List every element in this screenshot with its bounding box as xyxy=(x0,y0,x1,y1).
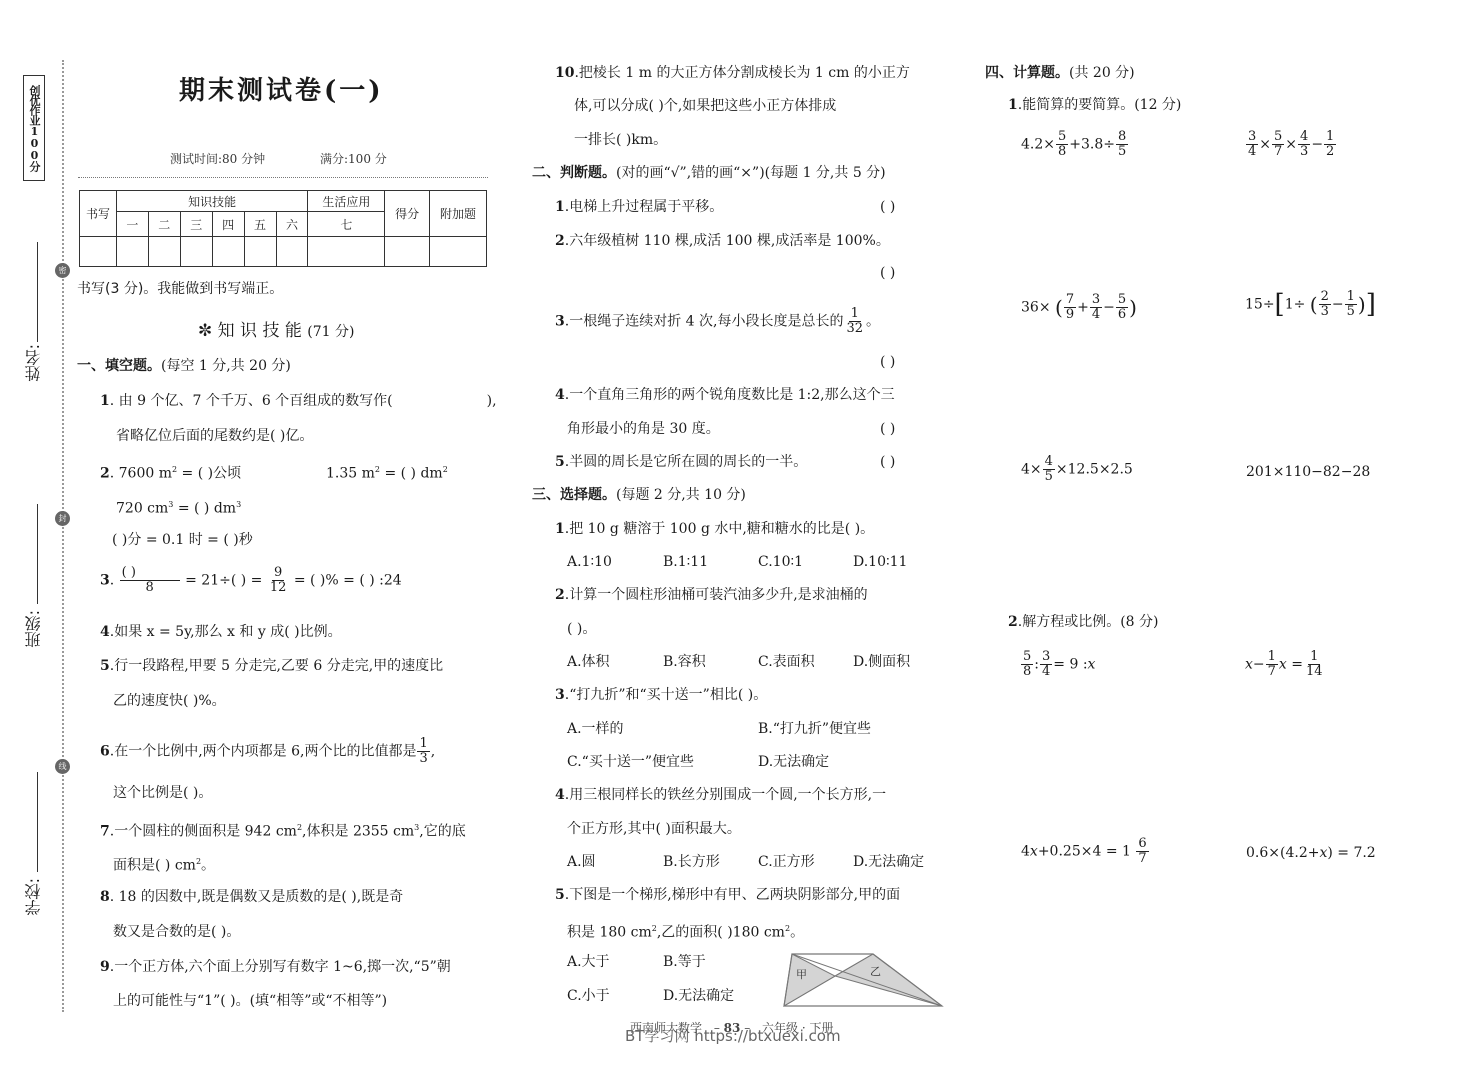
dotted-divider xyxy=(78,177,488,178)
col-section-7: 七 xyxy=(308,212,385,237)
q3-3-option-a[interactable]: A.一样的 xyxy=(567,720,624,738)
school-label: 学校: xyxy=(22,878,45,915)
q1-2c: 720 cm3 = ( ) dm3 xyxy=(116,496,241,518)
col-extra: 附加题 xyxy=(430,191,487,237)
q3-4-option-a[interactable]: A.圆 xyxy=(567,853,596,871)
part4-note: (共 20 分) xyxy=(1069,65,1135,81)
score-cell[interactable] xyxy=(80,237,117,267)
q1-2b: 1.35 m2 = ( ) dm2 xyxy=(326,461,448,483)
trapezoid-figure: 甲 乙 xyxy=(780,950,950,1012)
equation-4: 0.6×(4.2+x) = 7.2 xyxy=(1246,844,1376,862)
col-section-3: 三 xyxy=(180,212,212,237)
seal-feng-icon: 封 xyxy=(55,511,70,526)
q1-7: 7.一个圆柱的侧面积是 942 cm2,体积是 2355 cm3,它的底 xyxy=(100,819,466,841)
q2-5-answer[interactable]: ( ) xyxy=(880,453,895,471)
full-score: 满分:100 分 xyxy=(320,150,387,167)
q3-3-option-b[interactable]: B.“打九折”便宜些 xyxy=(758,720,871,738)
q3-5-option-b[interactable]: B.等于 xyxy=(663,953,706,971)
q3-1-option-b[interactable]: B.1∶11 xyxy=(663,553,708,571)
expr-6: 201×110−82−28 xyxy=(1246,463,1370,481)
q2-1: 1.电梯上升过程属于平移。 xyxy=(555,198,723,216)
q2-2-answer[interactable]: ( ) xyxy=(880,264,895,282)
q1-8: 8. 18 的因数中,既是偶数又是质数的是( ),既是奇 xyxy=(100,888,403,906)
q1-7-line2: 面积是( ) cm2。 xyxy=(113,853,215,875)
q3-4-option-c[interactable]: C.正方形 xyxy=(758,853,815,871)
expr-1: 4.2×58+3.8÷85 xyxy=(1021,130,1129,159)
score-cell[interactable] xyxy=(116,237,148,267)
equation-3: 4x+0.25×4 = 1 67 xyxy=(1021,837,1150,866)
q3-4-option-b[interactable]: B.长方形 xyxy=(663,853,720,871)
q3-4-line2: 个正方形,其中( )面积最大。 xyxy=(567,820,741,838)
q3-1-option-d[interactable]: D.10∶11 xyxy=(853,553,907,571)
q3-5-option-d[interactable]: D.无法确定 xyxy=(663,987,734,1005)
q3-3-option-c[interactable]: C.“买十送一”便宜些 xyxy=(567,753,694,771)
q3-2: 2.计算一个圆柱形油桶可装汽油多少升,是求油桶的 xyxy=(555,586,868,604)
q2-1-answer[interactable]: ( ) xyxy=(880,198,895,216)
q2-4: 4.一个直角三角形的两个锐角度数比是 1:2,那么这个三 xyxy=(555,386,895,404)
q3-1-option-c[interactable]: C.10∶1 xyxy=(758,553,803,571)
q3-2-option-c[interactable]: C.表面积 xyxy=(758,653,815,671)
school-underline xyxy=(37,772,38,872)
part4-title: 四、计算题。 xyxy=(985,65,1069,81)
score-cell[interactable] xyxy=(148,237,180,267)
q3-4: 4.用三根同样长的铁丝分别围成一个圆,一个长方形,一 xyxy=(555,786,886,804)
part3-title: 三、选择题。 xyxy=(532,487,616,503)
q3-2-option-a[interactable]: A.体积 xyxy=(567,653,610,671)
part2-heading: 二、判断题。(对的画“√”,错的画“×”)(每题 1 分,共 5 分) xyxy=(532,164,886,182)
part1-title: 一、填空题。 xyxy=(77,358,161,374)
q1-8-line2: 数又是合数的是( )。 xyxy=(113,923,240,941)
part2-note: (对的画“√”,错的画“×”)(每题 1 分,共 5 分) xyxy=(616,165,886,181)
q3-5-option-a[interactable]: A.大于 xyxy=(567,953,610,971)
col-life: 生活应用 xyxy=(308,191,385,212)
q3-5-line2: 积是 180 cm2,乙的面积( )180 cm2。 xyxy=(567,920,804,942)
knowledge-title: 知 识 技 能 xyxy=(218,321,302,341)
q1-10-line2: 体,可以分成( )个,如果把这些小正方体排成 xyxy=(574,97,836,115)
part1-heading: 一、填空题。(每空 1 分,共 20 分) xyxy=(77,357,291,375)
q1-4: 4.如果 x = 5y,那么 x 和 y 成( )比例。 xyxy=(100,623,342,641)
equation-1: 58:34= 9 :x xyxy=(1020,650,1095,679)
q3-1-option-a[interactable]: A.1∶10 xyxy=(567,553,612,571)
region-jia-label: 甲 xyxy=(796,968,807,981)
q2-2: 2.六年级植树 110 棵,成活 100 棵,成活率是 100%。 xyxy=(555,232,890,250)
watermark: BT学习网 https://btxuexi.com xyxy=(625,1025,841,1046)
equation-2: x−17x =114 xyxy=(1245,650,1326,679)
seal-xian-icon: 线 xyxy=(55,759,70,774)
col-section-1: 一 xyxy=(116,212,148,237)
q3-2-option-d[interactable]: D.侧面积 xyxy=(853,653,910,671)
part4-sub2: 2.解方程或比例。(8 分) xyxy=(1008,613,1158,631)
part3-heading: 三、选择题。(每题 2 分,共 10 分) xyxy=(532,486,746,504)
class-label: 班级: xyxy=(22,610,45,647)
binding-dotted-line xyxy=(62,60,64,1012)
part4-sub1: 1.能简算的要简算。(12 分) xyxy=(1008,96,1181,114)
q3-2-line2: ( )。 xyxy=(567,620,596,638)
col-section-2: 二 xyxy=(148,212,180,237)
col-writing: 书写 xyxy=(80,191,117,237)
score-cell[interactable] xyxy=(276,237,308,267)
q1-2d: ( )分 = 0.1 时 = ( )秒 xyxy=(112,531,253,549)
q1-5: 5.行一段路程,甲要 5 分走完,乙要 6 分走完,甲的速度比 xyxy=(100,657,443,675)
q1-1: 1. 由 9 个亿、7 个千万、6 个百组成的数写作(), xyxy=(100,392,497,410)
q1-6-line2: 这个比例是( )。 xyxy=(113,784,212,802)
expr-3: 36× (79+34−56) xyxy=(1021,293,1137,322)
class-underline xyxy=(37,504,38,604)
expr-4: 15÷[1÷ (23−15)] xyxy=(1245,290,1376,319)
test-time: 测试时间:80 分钟 xyxy=(170,150,265,167)
expr-2: 34×57×43−12 xyxy=(1245,130,1337,159)
q3-5: 5.下图是一个梯形,梯形中有甲、乙两块阴影部分,甲的面 xyxy=(555,886,900,904)
q1-6: 6.在一个比例中,两个内项都是 6,两个比的比值都是13, xyxy=(100,737,435,766)
q3-3-option-d[interactable]: D.无法确定 xyxy=(758,753,829,771)
q1-5-line2: 乙的速度快( )%。 xyxy=(113,692,226,710)
score-table: 书写 知识技能 生活应用 得分 附加题 一 二 三 四 五 六 七 xyxy=(79,190,487,267)
q3-2-option-b[interactable]: B.容积 xyxy=(663,653,706,671)
q2-5: 5.半圆的周长是它所在圆的周长的一半。 xyxy=(555,453,807,471)
part4-heading: 四、计算题。(共 20 分) xyxy=(985,64,1135,82)
seal-mi-icon: 密 xyxy=(55,263,70,278)
region-yi-label: 乙 xyxy=(870,965,881,978)
q3-3: 3.“打九折”和“买十送一”相比( )。 xyxy=(555,686,767,704)
score-cell[interactable] xyxy=(244,237,276,267)
col-section-6: 六 xyxy=(276,212,308,237)
q3-4-option-d[interactable]: D.无法确定 xyxy=(853,853,924,871)
part2-title: 二、判断题。 xyxy=(532,165,616,181)
q2-4-answer[interactable]: ( ) xyxy=(880,420,895,438)
q2-3-answer[interactable]: ( ) xyxy=(880,353,895,371)
q1-3: 3. ( )8 = 21÷( ) = 912 = ( )% = ( ) :24 xyxy=(100,566,402,595)
score-cell[interactable] xyxy=(180,237,212,267)
q2-4-line2: 角形最小的角是 30 度。 xyxy=(567,420,720,438)
score-cell[interactable] xyxy=(212,237,244,267)
name-label: 姓名: xyxy=(22,344,45,381)
part3-note: (每题 2 分,共 10 分) xyxy=(616,487,746,503)
q2-3: 3.一根绳子连续对折 4 次,每小段长度是总长的132。 xyxy=(555,307,880,336)
q1-10-line3: 一排长( )km。 xyxy=(574,131,667,149)
knowledge-points: (71 分) xyxy=(307,324,354,340)
score-cell[interactable] xyxy=(308,237,385,267)
page-title: 期末测试卷(一) xyxy=(179,70,384,107)
q3-5-option-c[interactable]: C.小于 xyxy=(567,987,610,1005)
score-cell[interactable] xyxy=(385,237,430,267)
name-underline xyxy=(37,242,38,342)
q1-9: 9.一个正方体,六个面上分别写有数字 1~6,掷一次,“5”朝 xyxy=(100,958,451,976)
q1-10: 10.把棱长 1 m 的大正方体分割成棱长为 1 cm 的小正方 xyxy=(555,64,910,82)
col-score: 得分 xyxy=(385,191,430,237)
col-section-5: 五 xyxy=(244,212,276,237)
q1-9-line2: 上的可能性与“1”( )。(填“相等”或“不相等”) xyxy=(113,992,387,1010)
q1-2a: 2. 7600 m2 = ( )公顷 xyxy=(100,461,241,483)
expr-5: 4×45×12.5×2.5 xyxy=(1021,455,1133,484)
star-icon: ✼ xyxy=(198,321,212,341)
q3-1: 1.把 10 g 糖溶于 100 g 水中,糖和糖水的比是( )。 xyxy=(555,520,874,538)
col-section-4: 四 xyxy=(212,212,244,237)
q1-1-line2: 省略亿位后面的尾数约是( )亿。 xyxy=(116,427,313,445)
score-cell[interactable] xyxy=(430,237,487,267)
brand-label: 创优作业100分 xyxy=(23,75,45,181)
part1-note: (每空 1 分,共 20 分) xyxy=(161,358,291,374)
knowledge-heading: ✼ 知 识 技 能 (71 分) xyxy=(198,322,354,341)
writing-note: 书写(3 分)。我能做到书写端正。 xyxy=(77,280,283,298)
col-knowledge: 知识技能 xyxy=(116,191,308,212)
